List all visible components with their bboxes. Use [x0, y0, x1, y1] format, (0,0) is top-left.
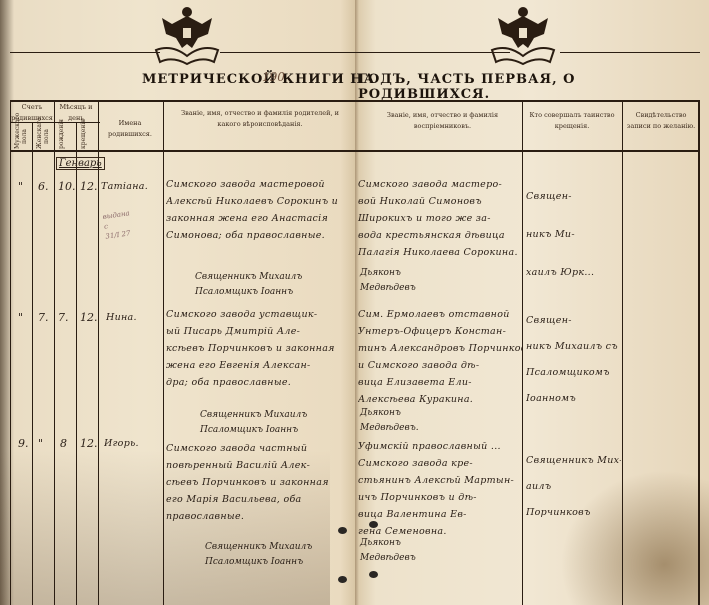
record-baptism-day: 12. — [80, 180, 98, 193]
col-line — [163, 100, 164, 605]
margin-note: выданас31/I 27 — [102, 208, 133, 241]
col-line — [54, 100, 55, 605]
record-female: " — [38, 437, 43, 450]
header-bottom-border — [10, 150, 700, 152]
double-headed-eagle-emblem-left — [152, 4, 222, 66]
col-line — [10, 100, 11, 605]
header-birth: рожденія — [58, 125, 65, 149]
record-godparent-signatures: ДьяконъМедвѣдевъ — [360, 536, 416, 566]
col-line — [32, 122, 33, 605]
record-birth-day: 8 — [60, 437, 67, 450]
title-left: Метрической книги на — [142, 72, 375, 87]
record-performed-by: Священ-никъ Михаилъ съПсаломщикомъІоанно… — [526, 308, 621, 412]
header-signatures: Свидѣтельство записи по желанію. — [624, 110, 698, 132]
record-parent-signatures: Священникъ МихаилъПсаломщикъ Іоаннъ — [205, 540, 312, 570]
record-birth-day: 7. — [58, 311, 69, 324]
binding-hole — [338, 576, 347, 583]
col-line — [698, 100, 700, 605]
double-headed-eagle-emblem-right — [488, 4, 558, 66]
title-right: годъ, часть первая, о родившихся. — [358, 72, 709, 102]
metric-book-page: Метрической книги на 190 годъ, часть пер… — [0, 0, 709, 605]
record-parents: Симского завода мастеровойАлексѣй Никола… — [166, 176, 356, 244]
rule-line — [560, 52, 700, 53]
year-handwritten: 190 — [262, 70, 285, 84]
col-line — [98, 100, 99, 605]
record-name: Нина. — [106, 309, 162, 326]
rule-line — [10, 52, 160, 53]
month-label: Генварь — [56, 157, 105, 170]
header-parents: Званіе, имя, отчество и фамилія родителе… — [170, 108, 350, 130]
record-birth-day: 10. — [58, 180, 76, 193]
record-godparents: Симского завода мастеро-вой Николай Симо… — [358, 176, 522, 261]
record-name: Игорь. — [104, 435, 162, 452]
binding-hole — [369, 521, 378, 528]
record-parent-signatures: Священникъ МихаилъПсаломщикъ Іоаннъ — [200, 408, 307, 438]
record-parent-signatures: Священникъ МихаилъПсаломщикъ Іоаннъ — [195, 270, 302, 300]
record-baptism-day: 12. — [80, 311, 98, 324]
record-performed-by: Священ-никъ Ми-хаилъ Юрк... — [526, 178, 621, 292]
record-name: Татіана. — [101, 178, 163, 195]
record-male: " — [18, 311, 23, 324]
binding-hole — [338, 527, 347, 534]
rule-line — [220, 52, 510, 53]
header-names-born: Имена родившихся. — [100, 118, 160, 140]
binding-hole — [369, 571, 378, 578]
col-line — [76, 122, 77, 605]
record-godparent-signatures: ДьяконъМедвѣдевъ. — [360, 406, 419, 436]
record-godparent-signatures: ДьяконъМедвѣдевъ — [360, 266, 416, 296]
col-line — [622, 100, 623, 605]
record-female: 7. — [38, 311, 49, 324]
record-male: " — [18, 180, 23, 193]
header-female: Женскаго пола — [36, 125, 50, 149]
record-male: 9. — [18, 437, 29, 450]
record-female: 6. — [38, 180, 49, 193]
record-performed-by: Священникъ Мих-аилъПорчинковъ — [526, 448, 621, 526]
record-parents: Симского завода частныйповѣренный Василі… — [166, 440, 356, 525]
col-line — [522, 100, 523, 605]
record-godparents: Уфимскій православный ...Симского завода… — [358, 438, 522, 540]
header-baptism: крещенія — [80, 125, 87, 149]
record-baptism-day: 12. — [80, 437, 98, 450]
table-top-border — [10, 100, 700, 102]
header-male: Мужескаго пола — [14, 125, 28, 149]
header-performed-by: Кто совершалъ таинство крещенія. — [526, 110, 618, 132]
header-godparents: Званіе, имя, отчество и фамилія воспріем… — [370, 110, 515, 132]
record-godparents: Сим. Ермолаевъ отставнойУнтеръ-Офицеръ К… — [358, 306, 522, 408]
record-parents: Симского завода уставщик-ый Писарь Дмитр… — [166, 306, 356, 391]
